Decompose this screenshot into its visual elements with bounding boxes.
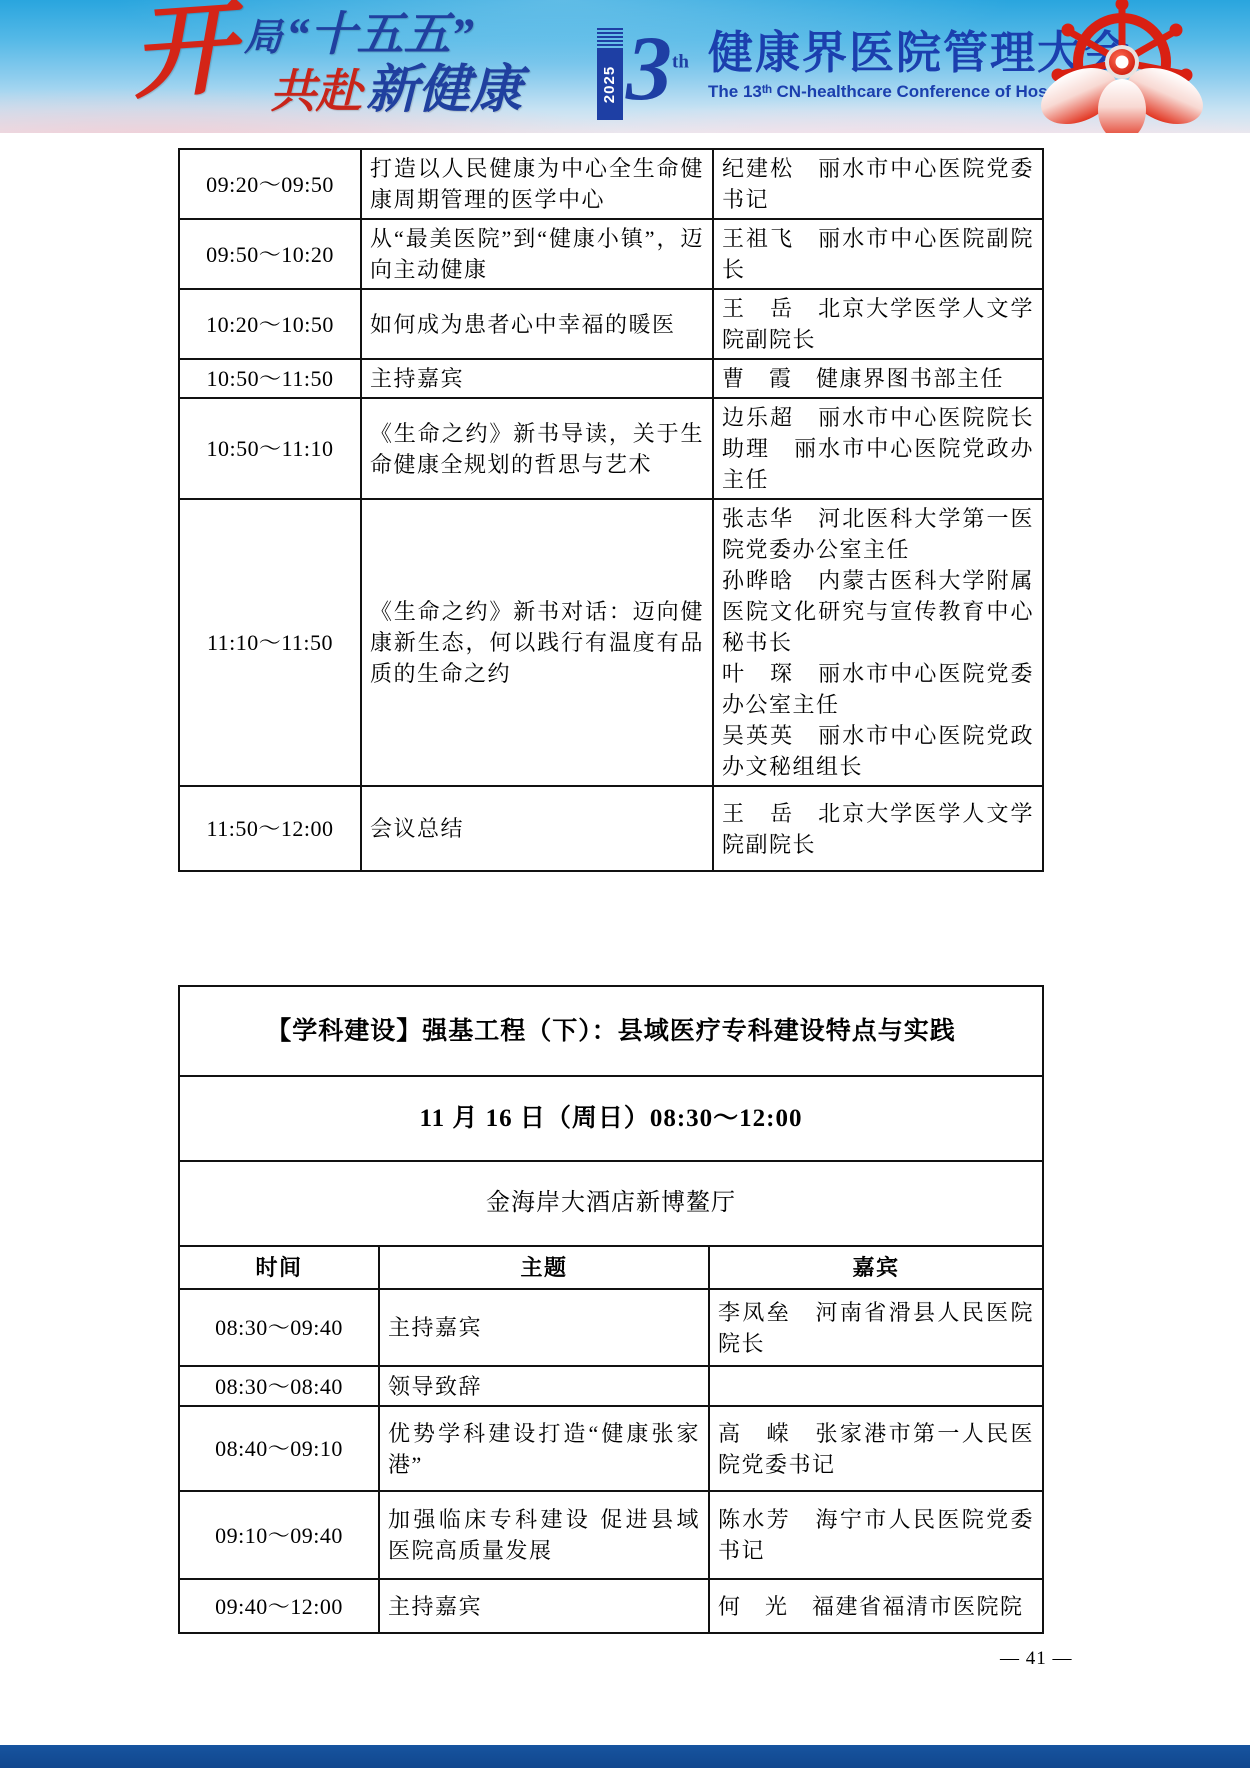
column-header-time: 时间 — [179, 1246, 379, 1289]
session-topic: 主持嘉宾 — [379, 1579, 709, 1633]
session-time: 09:50～10:20 — [179, 219, 361, 289]
session-time: 08:30～09:40 — [179, 1289, 379, 1366]
session-guest: 王祖飞 丽水市中心医院副院长 — [713, 219, 1043, 289]
column-header-guest: 嘉宾 — [709, 1246, 1043, 1289]
session-block-title: 【学科建设】强基工程（下）：县域医疗专科建设特点与实践 — [179, 986, 1043, 1076]
table-row: 09:20～09:50 打造以人民健康为中心全生命健康周期管理的医学中心 纪建松… — [179, 149, 1043, 219]
session-topic: 优势学科建设打造“健康张家港” — [379, 1406, 709, 1491]
logo-year-badge: 2025 — [597, 48, 623, 120]
table-row: 08:30～09:40 主持嘉宾 李凤垒 河南省滑县人民医院院长 — [179, 1289, 1043, 1366]
session-guest: 曹 霞 健康界图书部主任 — [713, 359, 1043, 398]
slogan-lines: 局 “十五五” 共赴 新健康 — [230, 2, 522, 117]
table-row: 10:20～10:50 如何成为患者心中幸福的暖医 王 岳 北京大学医学人文学院… — [179, 289, 1043, 359]
table-row: 08:30～08:40 领导致辞 — [179, 1366, 1043, 1406]
session-time: 09:10～09:40 — [179, 1491, 379, 1579]
conference-13th-logo: 2025 3th — [597, 26, 689, 120]
session-time: 10:50～11:50 — [179, 359, 361, 398]
page-number: — 41 — — [1000, 1648, 1073, 1670]
document-page: 开 局 “十五五” 共赴 新健康 2025 3th — [0, 0, 1250, 1768]
session-guest: 张志华 河北医科大学第一医院党委办公室主任 孙晔晗 内蒙古医科大学附属医院文化研… — [713, 499, 1043, 786]
table-row: 08:40～09:10 优势学科建设打造“健康张家港” 高 嵘 张家港市第一人民… — [179, 1406, 1043, 1491]
table-row: 10:50～11:50 主持嘉宾 曹 霞 健康界图书部主任 — [179, 359, 1043, 398]
table-row: 【学科建设】强基工程（下）：县域医疗专科建设特点与实践 — [179, 986, 1043, 1076]
table-row: 11:50～12:00 会议总结 王 岳 北京大学医学人文学院副院长 — [179, 786, 1043, 871]
logo-th-superscript: th — [672, 51, 689, 72]
slogan-line2-blue: 新健康 — [366, 62, 522, 119]
session-topic: 打造以人民健康为中心全生命健康周期管理的医学中心 — [361, 149, 713, 219]
session-topic: 领导致辞 — [379, 1366, 709, 1406]
session-topic: 主持嘉宾 — [361, 359, 713, 398]
session-topic: 从“最美医院”到“健康小镇”，迈向主动健康 — [361, 219, 713, 289]
table-row: 10:50～11:10 《生命之约》新书导读，关于生命健康全规划的哲思与艺术 边… — [179, 398, 1043, 499]
session-time: 10:20～10:50 — [179, 289, 361, 359]
table-row: 09:40～12:00 主持嘉宾 何 光 福建省福清市医院院 — [179, 1579, 1043, 1633]
logo-digit-one: 2025 — [597, 28, 623, 120]
session-guest: 何 光 福建省福清市医院院 — [709, 1579, 1043, 1633]
column-header-topic: 主题 — [379, 1246, 709, 1289]
table-row: 09:50～10:20 从“最美医院”到“健康小镇”，迈向主动健康 王祖飞 丽水… — [179, 219, 1043, 289]
page-header: 开 局 “十五五” 共赴 新健康 2025 3th — [0, 0, 1250, 133]
session-guest: 边乐超 丽水市中心医院院长助理 丽水市中心医院党政办主任 — [713, 398, 1043, 499]
logo-hatch-icon — [597, 28, 623, 46]
session-guest: 高 嵘 张家港市第一人民医院党委书记 — [709, 1406, 1043, 1491]
session-guest: 王 岳 北京大学医学人文学院副院长 — [713, 289, 1043, 359]
session-guest: 王 岳 北京大学医学人文学院副院长 — [713, 786, 1043, 871]
slogan-line-2: 共赴 新健康 — [270, 65, 522, 117]
session-guest — [709, 1366, 1043, 1406]
next-session-table: 【学科建设】强基工程（下）：县域医疗专科建设特点与实践 11 月 16 日（周日… — [178, 985, 1044, 1634]
session-topic: 加强临床专科建设 促进县域医院高质量发展 — [379, 1491, 709, 1579]
session-time: 10:50～11:10 — [179, 398, 361, 499]
session-time: 09:40～12:00 — [179, 1579, 379, 1633]
logo-digit-three: 3th — [626, 26, 689, 111]
slogan-line2-red: 共赴 — [270, 66, 362, 117]
slogan-big-character: 开 — [129, 0, 238, 107]
conference-slogan: 开 局 “十五五” 共赴 新健康 — [132, 2, 522, 117]
footer-bar — [0, 1745, 1250, 1768]
session-time: 11:10～11:50 — [179, 499, 361, 786]
table-row: 11 月 16 日（周日）08:30～12:00 — [179, 1076, 1043, 1161]
session-topic: 如何成为患者心中幸福的暖医 — [361, 289, 713, 359]
session-guest: 李凤垒 河南省滑县人民医院院长 — [709, 1289, 1043, 1366]
session-schedule-table: 09:20～09:50 打造以人民健康为中心全生命健康周期管理的医学中心 纪建松… — [178, 148, 1044, 872]
slogan-line-1: 局 “十五五” — [244, 12, 522, 59]
slogan-line1-text: 局 — [244, 17, 282, 59]
session-topic: 《生命之约》新书对话：迈向健康新生态，何以践行有温度有品质的生命之约 — [361, 499, 713, 786]
logo-year-text: 2025 — [602, 65, 619, 102]
session-topic: 《生命之约》新书导读，关于生命健康全规划的哲思与艺术 — [361, 398, 713, 499]
session-datetime: 11 月 16 日（周日）08:30～12:00 — [179, 1076, 1043, 1161]
table-header-row: 时间 主题 嘉宾 — [179, 1246, 1043, 1289]
session-time: 08:30～08:40 — [179, 1366, 379, 1406]
slogan-line1-quote: “十五五” — [286, 9, 474, 61]
table-row: 09:10～09:40 加强临床专科建设 促进县域医院高质量发展 陈水芳 海宁市… — [179, 1491, 1043, 1579]
session-time: 08:40～09:10 — [179, 1406, 379, 1491]
session-guest: 陈水芳 海宁市人民医院党委书记 — [709, 1491, 1043, 1579]
table-row: 11:10～11:50 《生命之约》新书对话：迈向健康新生态，何以践行有温度有品… — [179, 499, 1043, 786]
session-time: 09:20～09:50 — [179, 149, 361, 219]
session-venue: 金海岸大酒店新博鳌厅 — [179, 1161, 1043, 1246]
session-guest: 纪建松 丽水市中心医院党委书记 — [713, 149, 1043, 219]
session-topic: 主持嘉宾 — [379, 1289, 709, 1366]
ship-wheel-icon — [1022, 0, 1222, 133]
session-time: 11:50～12:00 — [179, 786, 361, 871]
table-row: 金海岸大酒店新博鳌厅 — [179, 1161, 1043, 1246]
session-topic: 会议总结 — [361, 786, 713, 871]
